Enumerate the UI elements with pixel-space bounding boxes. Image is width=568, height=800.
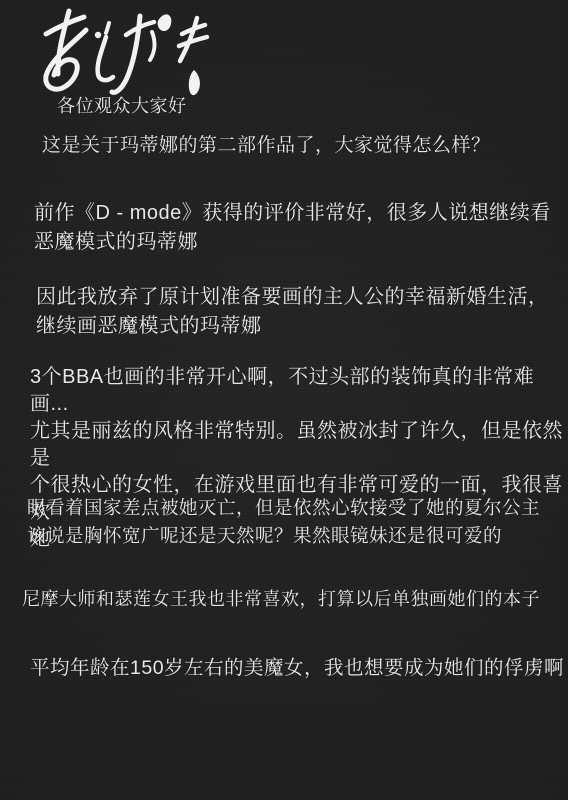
afterword-paragraph-closing: 平均年龄在150岁左右的美魔女，我也想要成为她们的俘虏啊	[30, 656, 564, 681]
afterword-paragraph-intro: 这是关于玛蒂娜的第二部作品了，大家觉得怎么样？	[42, 133, 491, 158]
afterword-line: 该说是胸怀宽广呢还是天然呢？果然眼镜妹还是很可爱的	[27, 522, 540, 550]
brush-title-drawing	[36, 8, 226, 103]
afterword-line: 平均年龄在150岁左右的美魔女，我也想要成为她们的俘虏啊	[30, 656, 564, 681]
afterword-line: 尤其是丽兹的风格非常特别。虽然被冰封了许久，但是依然是	[30, 418, 568, 472]
afterword-line: 前作《D - mode》获得的评价非常好，很多人说想继续看	[34, 199, 551, 228]
handwritten-afterword-title: あとがき	[36, 8, 226, 103]
afterword-line: 各位观众大家好	[57, 94, 187, 118]
afterword-line: 继续画恶魔模式的玛蒂娜	[36, 312, 549, 341]
afterword-paragraph-princess: 眼看着国家差点被她灭亡，但是依然心软接受了她的夏尔公主 该说是胸怀宽广呢还是天然…	[27, 494, 540, 550]
afterword-line: 3个BBA也画的非常开心啊，不过头部的装饰真的非常难画...	[30, 364, 568, 418]
afterword-paragraph-future-works: 尼摩大师和瑟莲女王我也非常喜欢，打算以后单独画她们的本子	[22, 587, 540, 611]
afterword-paragraph-plan-change: 因此我放弃了原计划准备要画的主人公的幸福新婚生活， 继续画恶魔模式的玛蒂娜	[36, 283, 549, 341]
afterword-line: 恶魔模式的玛蒂娜	[34, 228, 551, 257]
afterword-line: 这是关于玛蒂娜的第二部作品了，大家觉得怎么样？	[42, 133, 491, 158]
afterword-page: あとがき 各位观众大家好 这是关于玛蒂娜的第二部作品了，大家觉得怎么样？	[0, 0, 568, 800]
afterword-paragraph-previous-work: 前作《D - mode》获得的评价非常好，很多人说想继续看 恶魔模式的玛蒂娜	[34, 199, 551, 257]
afterword-line: 因此我放弃了原计划准备要画的主人公的幸福新婚生活，	[36, 283, 549, 312]
afterword-paragraph-greeting: 各位观众大家好	[57, 94, 187, 118]
afterword-line: 眼看着国家差点被她灭亡，但是依然心软接受了她的夏尔公主	[27, 494, 540, 522]
afterword-line: 尼摩大师和瑟莲女王我也非常喜欢，打算以后单独画她们的本子	[22, 587, 540, 611]
